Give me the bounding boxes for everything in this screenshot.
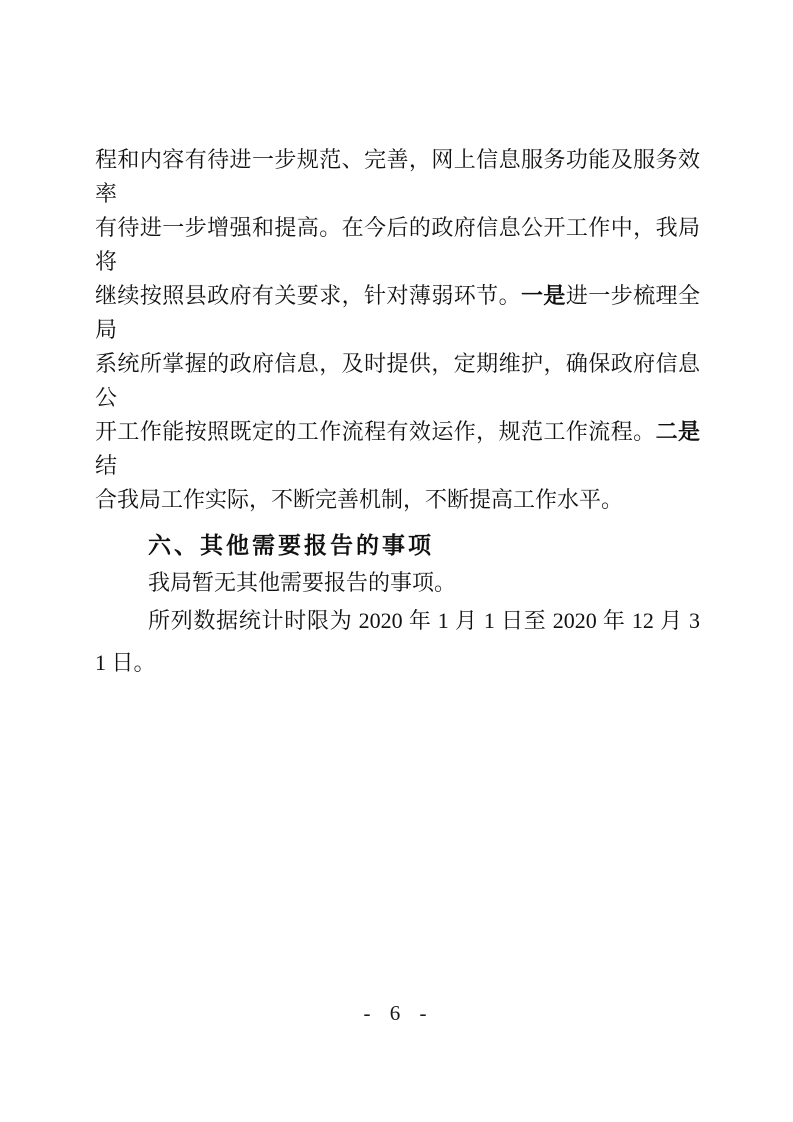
body-line-4: 系统所掌握的政府信息，及时提供，定期维护，确保政府信息公	[95, 347, 700, 415]
continuation-paragraph: 程和内容有待进一步规范、完善，网上信息服务功能及服务效率 有待进一步增强和提高。…	[95, 143, 700, 517]
emphasis-second-point: 二是	[656, 419, 700, 444]
emphasis-first-point: 一是	[521, 283, 566, 308]
document-body: 程和内容有待进一步规范、完善，网上信息服务功能及服务效率 有待进一步增强和提高。…	[95, 143, 700, 682]
page-number: - 6 -	[364, 1001, 430, 1025]
section-paragraph-2-line-1: 所列数据统计时限为 2020 年 1 月 1 日至 2020 年 12 月 3	[95, 602, 700, 640]
body-line-5: 开工作能按照既定的工作流程有效运作，规范工作流程。二是结	[95, 415, 700, 483]
body-line-2: 有待进一步增强和提高。在今后的政府信息公开工作中，我局将	[95, 211, 700, 279]
body-line-6: 合我局工作实际，不断完善机制，不断提高工作水平。	[95, 483, 700, 517]
body-text-segment: 结	[95, 453, 117, 478]
document-page: 程和内容有待进一步规范、完善，网上信息服务功能及服务效率 有待进一步增强和提高。…	[0, 0, 793, 1122]
page-footer: - 6 -	[0, 1001, 793, 1026]
body-line-3: 继续按照县政府有关要求，针对薄弱环节。一是进一步梳理全局	[95, 279, 700, 347]
section-paragraph-1: 我局暂无其他需要报告的事项。	[95, 564, 700, 602]
body-text-segment: 开工作能按照既定的工作流程有效运作，规范工作流程。	[95, 419, 656, 444]
section-paragraph-2-line-2: 1 日。	[95, 644, 700, 682]
body-line-1: 程和内容有待进一步规范、完善，网上信息服务功能及服务效率	[95, 143, 700, 211]
section-heading: 六、其他需要报告的事项	[95, 526, 700, 564]
body-text-segment: 继续按照县政府有关要求，针对薄弱环节。	[95, 283, 521, 308]
